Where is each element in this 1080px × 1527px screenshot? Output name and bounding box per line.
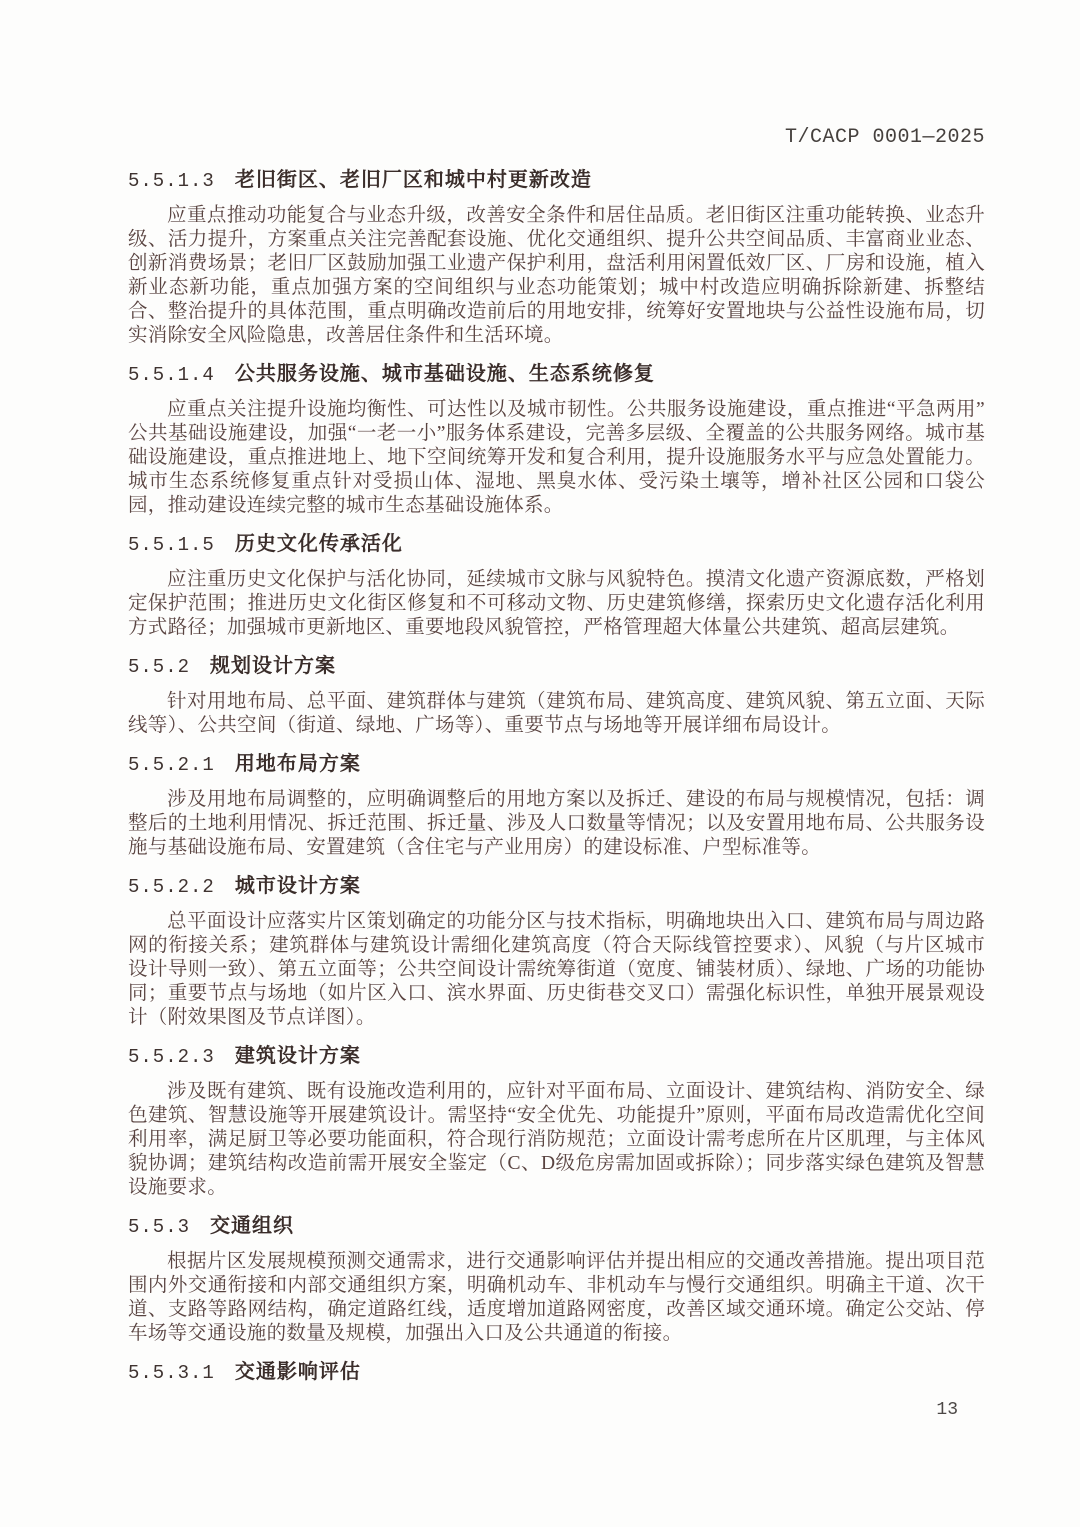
section-paragraph: 根据片区发展规模预测交通需求，进行交通影响评估并提出相应的交通改善措施。提出项目… — [128, 1250, 985, 1346]
section-number: 5.5.2.1 — [128, 753, 215, 778]
section-title: 公共服务设施、城市基础设施、生态系统修复 — [235, 362, 655, 387]
section-number: 5.5.3 — [128, 1215, 190, 1240]
page-number: 13 — [936, 1400, 958, 1420]
section-heading: 5.5.2.2 城市设计方案 — [128, 874, 985, 900]
section-heading: 5.5.1.3 老旧街区、老旧厂区和城中村更新改造 — [128, 168, 985, 194]
section-heading: 5.5.2.1 用地布局方案 — [128, 752, 985, 778]
section: 5.5.2.3 建筑设计方案 涉及既有建筑、既有设施改造利用的，应针对平面布局、… — [128, 1044, 985, 1200]
section: 5.5.1.4 公共服务设施、城市基础设施、生态系统修复 应重点关注提升设施均衡… — [128, 362, 985, 518]
section-title: 交通组织 — [210, 1214, 294, 1239]
section-title: 用地布局方案 — [235, 752, 361, 777]
section: 5.5.2.2 城市设计方案 总平面设计应落实片区策划确定的功能分区与技术指标，… — [128, 874, 985, 1030]
section-number: 5.5.2 — [128, 655, 190, 680]
section-heading: 5.5.1.5 历史文化传承活化 — [128, 532, 985, 558]
section-title: 规划设计方案 — [210, 654, 336, 679]
section-heading: 5.5.2 规划设计方案 — [128, 654, 985, 680]
section-number: 5.5.1.3 — [128, 169, 215, 194]
section-number: 5.5.3.1 — [128, 1361, 215, 1386]
section-title: 建筑设计方案 — [235, 1044, 361, 1069]
section-heading: 5.5.3 交通组织 — [128, 1214, 985, 1240]
section: 5.5.2 规划设计方案 针对用地布局、总平面、建筑群体与建筑（建筑布局、建筑高… — [128, 654, 985, 738]
section-heading: 5.5.3.1 交通影响评估 — [128, 1360, 985, 1386]
section-paragraph: 涉及用地布局调整的，应明确调整后的用地方案以及拆迁、建设的布局与规模情况，包括：… — [128, 788, 985, 860]
section-heading: 5.5.2.3 建筑设计方案 — [128, 1044, 985, 1070]
doc-number: T/CACP 0001—2025 — [128, 126, 985, 150]
section: 5.5.1.5 历史文化传承活化 应注重历史文化保护与活化协同，延续城市文脉与风… — [128, 532, 985, 640]
section: 5.5.3 交通组织 根据片区发展规模预测交通需求，进行交通影响评估并提出相应的… — [128, 1214, 985, 1346]
section-title: 城市设计方案 — [235, 874, 361, 899]
section-number: 5.5.1.5 — [128, 533, 215, 558]
section-paragraph: 针对用地布局、总平面、建筑群体与建筑（建筑布局、建筑高度、建筑风貌、第五立面、天… — [128, 690, 985, 738]
section-title: 交通影响评估 — [235, 1360, 361, 1385]
section: 5.5.2.1 用地布局方案 涉及用地布局调整的，应明确调整后的用地方案以及拆迁… — [128, 752, 985, 860]
section-title: 历史文化传承活化 — [235, 532, 403, 557]
section-paragraph: 应注重历史文化保护与活化协同，延续城市文脉与风貌特色。摸清文化遗产资源底数，严格… — [128, 568, 985, 640]
document-page: T/CACP 0001—2025 5.5.1.3 老旧街区、老旧厂区和城中村更新… — [0, 0, 1080, 1527]
section: 5.5.3.1 交通影响评估 — [128, 1360, 985, 1386]
section-number: 5.5.1.4 — [128, 363, 215, 388]
section-paragraph: 涉及既有建筑、既有设施改造利用的，应针对平面布局、立面设计、建筑结构、消防安全、… — [128, 1080, 985, 1200]
section: 5.5.1.3 老旧街区、老旧厂区和城中村更新改造 应重点推动功能复合与业态升级… — [128, 168, 985, 348]
section-paragraph: 总平面设计应落实片区策划确定的功能分区与技术指标，明确地块出入口、建筑布局与周边… — [128, 910, 985, 1030]
section-title: 老旧街区、老旧厂区和城中村更新改造 — [235, 168, 592, 193]
section-paragraph: 应重点推动功能复合与业态升级，改善安全条件和居住品质。老旧街区注重功能转换、业态… — [128, 204, 985, 348]
section-paragraph: 应重点关注提升设施均衡性、可达性以及城市韧性。公共服务设施建设，重点推进“平急两… — [128, 398, 985, 518]
section-number: 5.5.2.2 — [128, 875, 215, 900]
section-heading: 5.5.1.4 公共服务设施、城市基础设施、生态系统修复 — [128, 362, 985, 388]
section-number: 5.5.2.3 — [128, 1045, 215, 1070]
